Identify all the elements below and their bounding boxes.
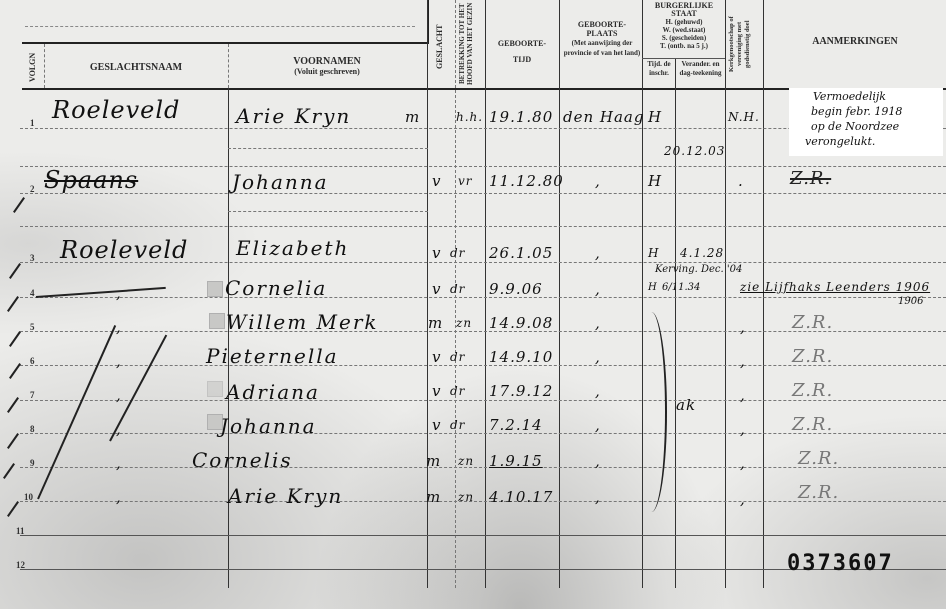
- header-geboortetijd-2: TIJD: [513, 55, 531, 64]
- row-number: 9: [30, 458, 35, 468]
- row2-relation: vr: [458, 174, 473, 188]
- row1-change-date: 20.12.03: [664, 144, 725, 158]
- row7-remarks: Z.R.: [792, 380, 833, 401]
- header-voornamen-sub: (Voluit geschreven): [232, 67, 422, 76]
- row-number: 6: [30, 356, 35, 366]
- header-geslachtsnaam: GESLACHTSNAAM: [48, 62, 224, 73]
- header-aanmerkingen: AANMERKINGEN: [765, 36, 945, 47]
- row-number: 3: [30, 253, 35, 263]
- row-number: 8: [30, 424, 35, 434]
- row9-church: ,: [740, 454, 746, 472]
- col-divider-voornamen: [228, 88, 229, 588]
- top-dotted-rule: [25, 26, 415, 27]
- margin-tick: [7, 501, 19, 517]
- row9-birth-place: ,: [595, 452, 601, 470]
- row-number: 11: [16, 526, 25, 536]
- header-voornamen: VOORNAMEN (Voluit geschreven): [232, 56, 422, 76]
- row7-relation: dr: [450, 384, 465, 398]
- header-burgerlijke-staat: BURGERLIJKE STAAT H. (gehuwd) W. (wed.st…: [643, 2, 725, 50]
- row1-sex: m: [405, 108, 420, 126]
- row4-remarks: zie Lijfhaks Leenders 1906: [740, 280, 930, 294]
- row10-birth-place: ,: [595, 488, 601, 506]
- header-verandering: Verander. en dag-teekening: [677, 60, 724, 78]
- bs-subheader-divider: [642, 58, 725, 59]
- row-number: 2: [30, 184, 35, 194]
- margin-tick: [9, 263, 21, 279]
- margin-tick: [7, 296, 19, 312]
- row9-sex: m: [426, 452, 441, 470]
- row-number: 10: [24, 492, 33, 502]
- col-divider-tijd-inschr: [675, 58, 676, 588]
- row3-given-names: Elizabeth: [236, 236, 349, 260]
- row2-birth-place: ,: [595, 172, 601, 190]
- margin-tick: [9, 331, 21, 347]
- header-geboorteplaats-1: GEBOORTE-: [578, 20, 626, 29]
- remarks-note-pasted: Vermoedelijk begin febr. 1918 op de Noor…: [789, 88, 943, 156]
- note-line-3: op de Noordzee: [811, 120, 899, 133]
- row10-surname-ditto: ,: [116, 488, 122, 506]
- row2-birth-date: 11.12.80: [489, 172, 564, 190]
- row1-surname: Roeleveld: [52, 96, 180, 124]
- row9-given-names: Cornelis: [192, 448, 293, 472]
- row5-relation: zn: [456, 316, 472, 330]
- stamp-mark: [207, 381, 223, 397]
- margin-tick: [7, 397, 19, 413]
- row4-surname-ditto: ,: [116, 284, 122, 302]
- margin-tick: [9, 363, 21, 379]
- row4-change: 6/11.34: [662, 282, 700, 293]
- row5-sex: m: [428, 314, 443, 332]
- row2-remarks: Z.R.: [790, 168, 831, 189]
- row3-surname: Roeleveld: [60, 236, 188, 264]
- row-line-1b: [20, 166, 946, 167]
- row7-given-names: Adriana: [226, 380, 320, 404]
- header-bs-s: S. (gescheiden): [662, 34, 706, 42]
- row9-relation: zn: [458, 454, 474, 468]
- header-geslacht: GESLACHT: [436, 12, 444, 82]
- row1-birth-place: den Haag: [563, 108, 644, 126]
- row3-change: 4.1.28: [680, 246, 724, 260]
- row4-civil-state: H: [648, 282, 657, 293]
- row10-given-names: Arie Kryn: [228, 484, 343, 508]
- row2-church: .: [738, 172, 744, 190]
- row-number: 4: [30, 288, 35, 298]
- header-tijd-inschr: Tijd. de inschr.: [644, 60, 674, 78]
- row10-church: ,: [740, 490, 746, 508]
- note-line-1: Vermoedelijk: [813, 90, 886, 103]
- header-voornamen-label: VOORNAMEN: [293, 56, 361, 67]
- row2-sex: v: [432, 172, 441, 190]
- row5-surname-ditto: ,: [116, 318, 122, 336]
- col-divider-geboorteplaats: [559, 0, 560, 588]
- note-line-2: begin febr. 1918: [811, 105, 902, 118]
- row3-civil-state: H: [648, 246, 659, 260]
- row2-civil-state: H: [648, 172, 662, 190]
- row4-sex: v: [432, 280, 441, 298]
- row6-given-names: Pieternella: [206, 344, 339, 368]
- header-geboortetijd: GEBOORTE- TIJD: [486, 36, 558, 68]
- row5-remarks: Z.R.: [792, 312, 833, 333]
- bracket-civil-state-label: ak: [676, 396, 696, 414]
- row9-surname-ditto: ,: [116, 454, 122, 472]
- row7-sex: v: [432, 382, 441, 400]
- header-volgn: VOLGN: [29, 50, 37, 84]
- header-top-border: [22, 42, 427, 44]
- row9-birth-date: 1.9.15: [489, 452, 543, 470]
- row-subline-2: [228, 211, 428, 212]
- row7-birth-date: 17.9.12: [489, 382, 553, 400]
- row4-given-names: Cornelia: [225, 276, 327, 300]
- row-subline-1: [228, 148, 428, 149]
- row6-relation: dr: [450, 350, 465, 364]
- row4-relation: dr: [450, 282, 465, 296]
- row5-given-names: Willem Merk: [226, 310, 379, 334]
- row-number: 5: [30, 322, 35, 332]
- row10-relation: zn: [458, 490, 474, 504]
- header-geboortetijd-1: GEBOORTE-: [498, 39, 546, 48]
- header-geboorteplaats-2: PLAATS: [587, 29, 618, 38]
- row8-birth-place: ,: [595, 416, 601, 434]
- row9-remarks: Z.R.: [798, 448, 839, 469]
- row8-given-names: Johanna: [220, 414, 317, 438]
- ditto-stroke-long: [37, 325, 116, 499]
- row8-sex: v: [432, 416, 441, 434]
- row8-surname-ditto: ,: [116, 420, 122, 438]
- header-betrekking: BETREKKING TOT HET HOOFD VAN HET GEZIN: [458, 2, 484, 86]
- header-geboorteplaats: GEBOORTE- PLAATS (Met aanwijzing der pro…: [562, 20, 642, 58]
- margin-tick: [3, 463, 15, 479]
- row-number: 1: [30, 118, 35, 128]
- row8-relation: dr: [450, 418, 465, 432]
- row6-birth-date: 14.9.10: [489, 348, 553, 366]
- row5-birth-date: 14.9.08: [489, 314, 553, 332]
- row2-given-names: Johanna: [232, 170, 329, 194]
- row7-surname-ditto: ,: [116, 386, 122, 404]
- row5-church: ,: [740, 318, 746, 336]
- row6-remarks: Z.R.: [792, 346, 833, 367]
- header-bs-t: T. (ontb. na 5 j.): [660, 42, 708, 50]
- row-line-2: [20, 193, 946, 194]
- row6-church: ,: [740, 352, 746, 370]
- ditto-dash-row4: [36, 287, 166, 298]
- note-line-4: verongelukt.: [805, 135, 875, 148]
- header-bs-w: W. (wed.staat): [663, 26, 706, 34]
- header-bs-2: STAAT: [671, 9, 697, 18]
- col-divider-geboortetijd: [485, 0, 486, 588]
- header-kerkgenootschap: Kerkgenootschap of vereeniging met godsd…: [728, 4, 762, 84]
- card-number: 0373607: [787, 551, 894, 576]
- row6-birth-place: ,: [595, 348, 601, 366]
- row-line-11: [20, 535, 946, 536]
- civil-state-bracket: [641, 312, 667, 512]
- row3-birth-date: 26.1.05: [489, 244, 553, 262]
- row10-birth-date: 4.10.17: [489, 488, 553, 506]
- registration-card: VOLGN GESLACHTSNAAM VOORNAMEN (Voluit ge…: [0, 0, 946, 609]
- row10-remarks: Z.R.: [798, 482, 839, 503]
- row-line-2b: [20, 226, 946, 227]
- row7-birth-place: ,: [595, 382, 601, 400]
- row5-birth-place: ,: [595, 314, 601, 332]
- row8-remarks: Z.R.: [792, 414, 833, 435]
- stamp-mark: [207, 281, 223, 297]
- col-divider-verandering: [725, 0, 726, 588]
- row7-church: ,: [740, 386, 746, 404]
- row8-church: ,: [740, 420, 746, 438]
- row-number: 7: [30, 390, 35, 400]
- row1-civil-state: H: [648, 108, 662, 126]
- row4-change-note: Kerving. Dec. '04: [655, 264, 742, 275]
- stamp-mark: [209, 313, 225, 329]
- row-line-4: [20, 297, 946, 298]
- row8-birth-date: 7.2.14: [489, 416, 543, 434]
- row3-sex: v: [432, 244, 441, 262]
- row10-sex: m: [426, 488, 441, 506]
- row4-birth-place: ,: [595, 280, 601, 298]
- row4-birth-date: 9.9.06: [489, 280, 543, 298]
- row-number: 12: [16, 560, 25, 570]
- row2-surname: Spaans: [44, 166, 138, 194]
- header-geboorteplaats-sub: (Met aanwijzing der provincie of van het…: [564, 39, 641, 57]
- row4-remarks-year: 1906: [898, 296, 923, 307]
- margin-tick: [7, 433, 19, 449]
- row6-sex: v: [432, 348, 441, 366]
- col-divider-volgn: [44, 44, 45, 88]
- row1-church: N.H.: [728, 110, 760, 124]
- row6-surname-ditto: ,: [116, 352, 122, 370]
- row3-birth-place: ,: [595, 244, 601, 262]
- row3-relation: dr: [450, 246, 465, 260]
- col-divider-geslachtsnaam: [228, 44, 229, 88]
- row1-given-names: Arie Kryn: [236, 104, 351, 128]
- header-bs-h: H. (gehuwd): [666, 18, 703, 26]
- row1-birth-date: 19.1.80: [489, 108, 553, 126]
- row1-relation: h.h.: [456, 110, 483, 124]
- margin-tick: [13, 197, 25, 213]
- col-divider-kerkgenootschap: [763, 0, 764, 588]
